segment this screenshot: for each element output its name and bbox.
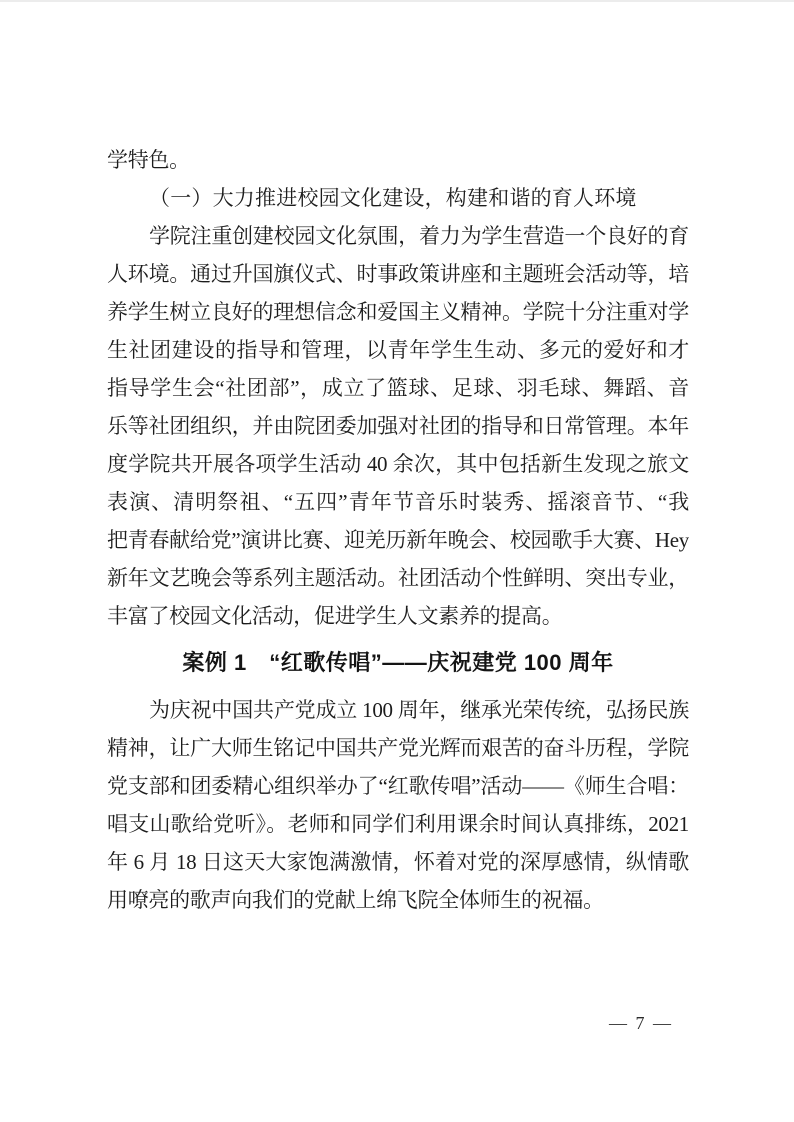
section-heading: （一）大力推进校园文化建设，构建和谐的育人环境 — [107, 179, 689, 217]
document-page: 学特色。 （一）大力推进校园文化建设，构建和谐的育人环境 学院注重创建校园文化氛… — [0, 0, 794, 1122]
body-line: 乐等社团组织，并由院团委加强对社团的指导和日常管理。本年 — [107, 407, 689, 445]
body-line: 精神，让广大师生铭记中国共产党光辉而艰苦的奋斗历程，学院 — [107, 729, 689, 767]
paragraph-red-song-case: 为庆祝中国共产党成立 100 周年，继承光荣传统，弘扬民族 精神，让广大师生铭记… — [107, 691, 689, 919]
body-line: 为庆祝中国共产党成立 100 周年，继承光荣传统，弘扬民族 — [107, 691, 689, 729]
body-line: 学院注重创建校园文化氛围，着力为学生营造一个良好的育 — [107, 217, 689, 255]
body-line: 唱支山歌给党听》。老师和同学们利用课余时间认真排练，2021 — [107, 805, 689, 843]
body-line: 用嘹亮的歌声向我们的党献上绵飞院全体师生的祝福。 — [107, 881, 689, 919]
body-line: 度学院共开展各项学生活动 40 余次，其中包括新生发现之旅文艺 — [107, 445, 689, 483]
body-line: 把青春献给党”演讲比赛、迎羌历新年晚会、校园歌手大赛、Hey — [107, 521, 689, 559]
body-line: 指导学生会“社团部”，成立了篮球、足球、羽毛球、舞蹈、音 — [107, 369, 689, 407]
body-line: 养学生树立良好的理想信念和爱国主义精神。学院十分注重对学 — [107, 293, 689, 331]
scan-edge-artifact — [0, 0, 794, 2]
body-line: 党支部和团委精心组织举办了“红歌传唱”活动——《师生合唱： — [107, 767, 689, 805]
body-line: 丰富了校园文化活动，促进学生人文素养的提高。 — [107, 597, 689, 635]
body-line: 新年文艺晚会等系列主题活动。社团活动个性鲜明、突出专业， — [107, 559, 689, 597]
body-line: 人环境。通过升国旗仪式、时事政策讲座和主题班会活动等，培 — [107, 255, 689, 293]
body-line: 年 6 月 18 日这天大家饱满激情，怀着对党的深厚感情，纵情歌唱， — [107, 843, 689, 881]
document-body: 学特色。 （一）大力推进校园文化建设，构建和谐的育人环境 学院注重创建校园文化氛… — [107, 141, 689, 919]
paragraph-campus-culture: 学院注重创建校园文化氛围，着力为学生营造一个良好的育 人环境。通过升国旗仪式、时… — [107, 217, 689, 635]
body-line: 生社团建设的指导和管理，以青年学生生动、多元的爱好和才艺， — [107, 331, 689, 369]
case-heading: 案例 1 “红歌传唱”——庆祝建党 100 周年 — [107, 635, 689, 691]
continuation-line: 学特色。 — [107, 141, 689, 179]
page-number: — 7 — — [596, 1008, 686, 1038]
body-line: 表演、清明祭祖、“五四”青年节音乐时装秀、摇滚音节、“我 — [107, 483, 689, 521]
